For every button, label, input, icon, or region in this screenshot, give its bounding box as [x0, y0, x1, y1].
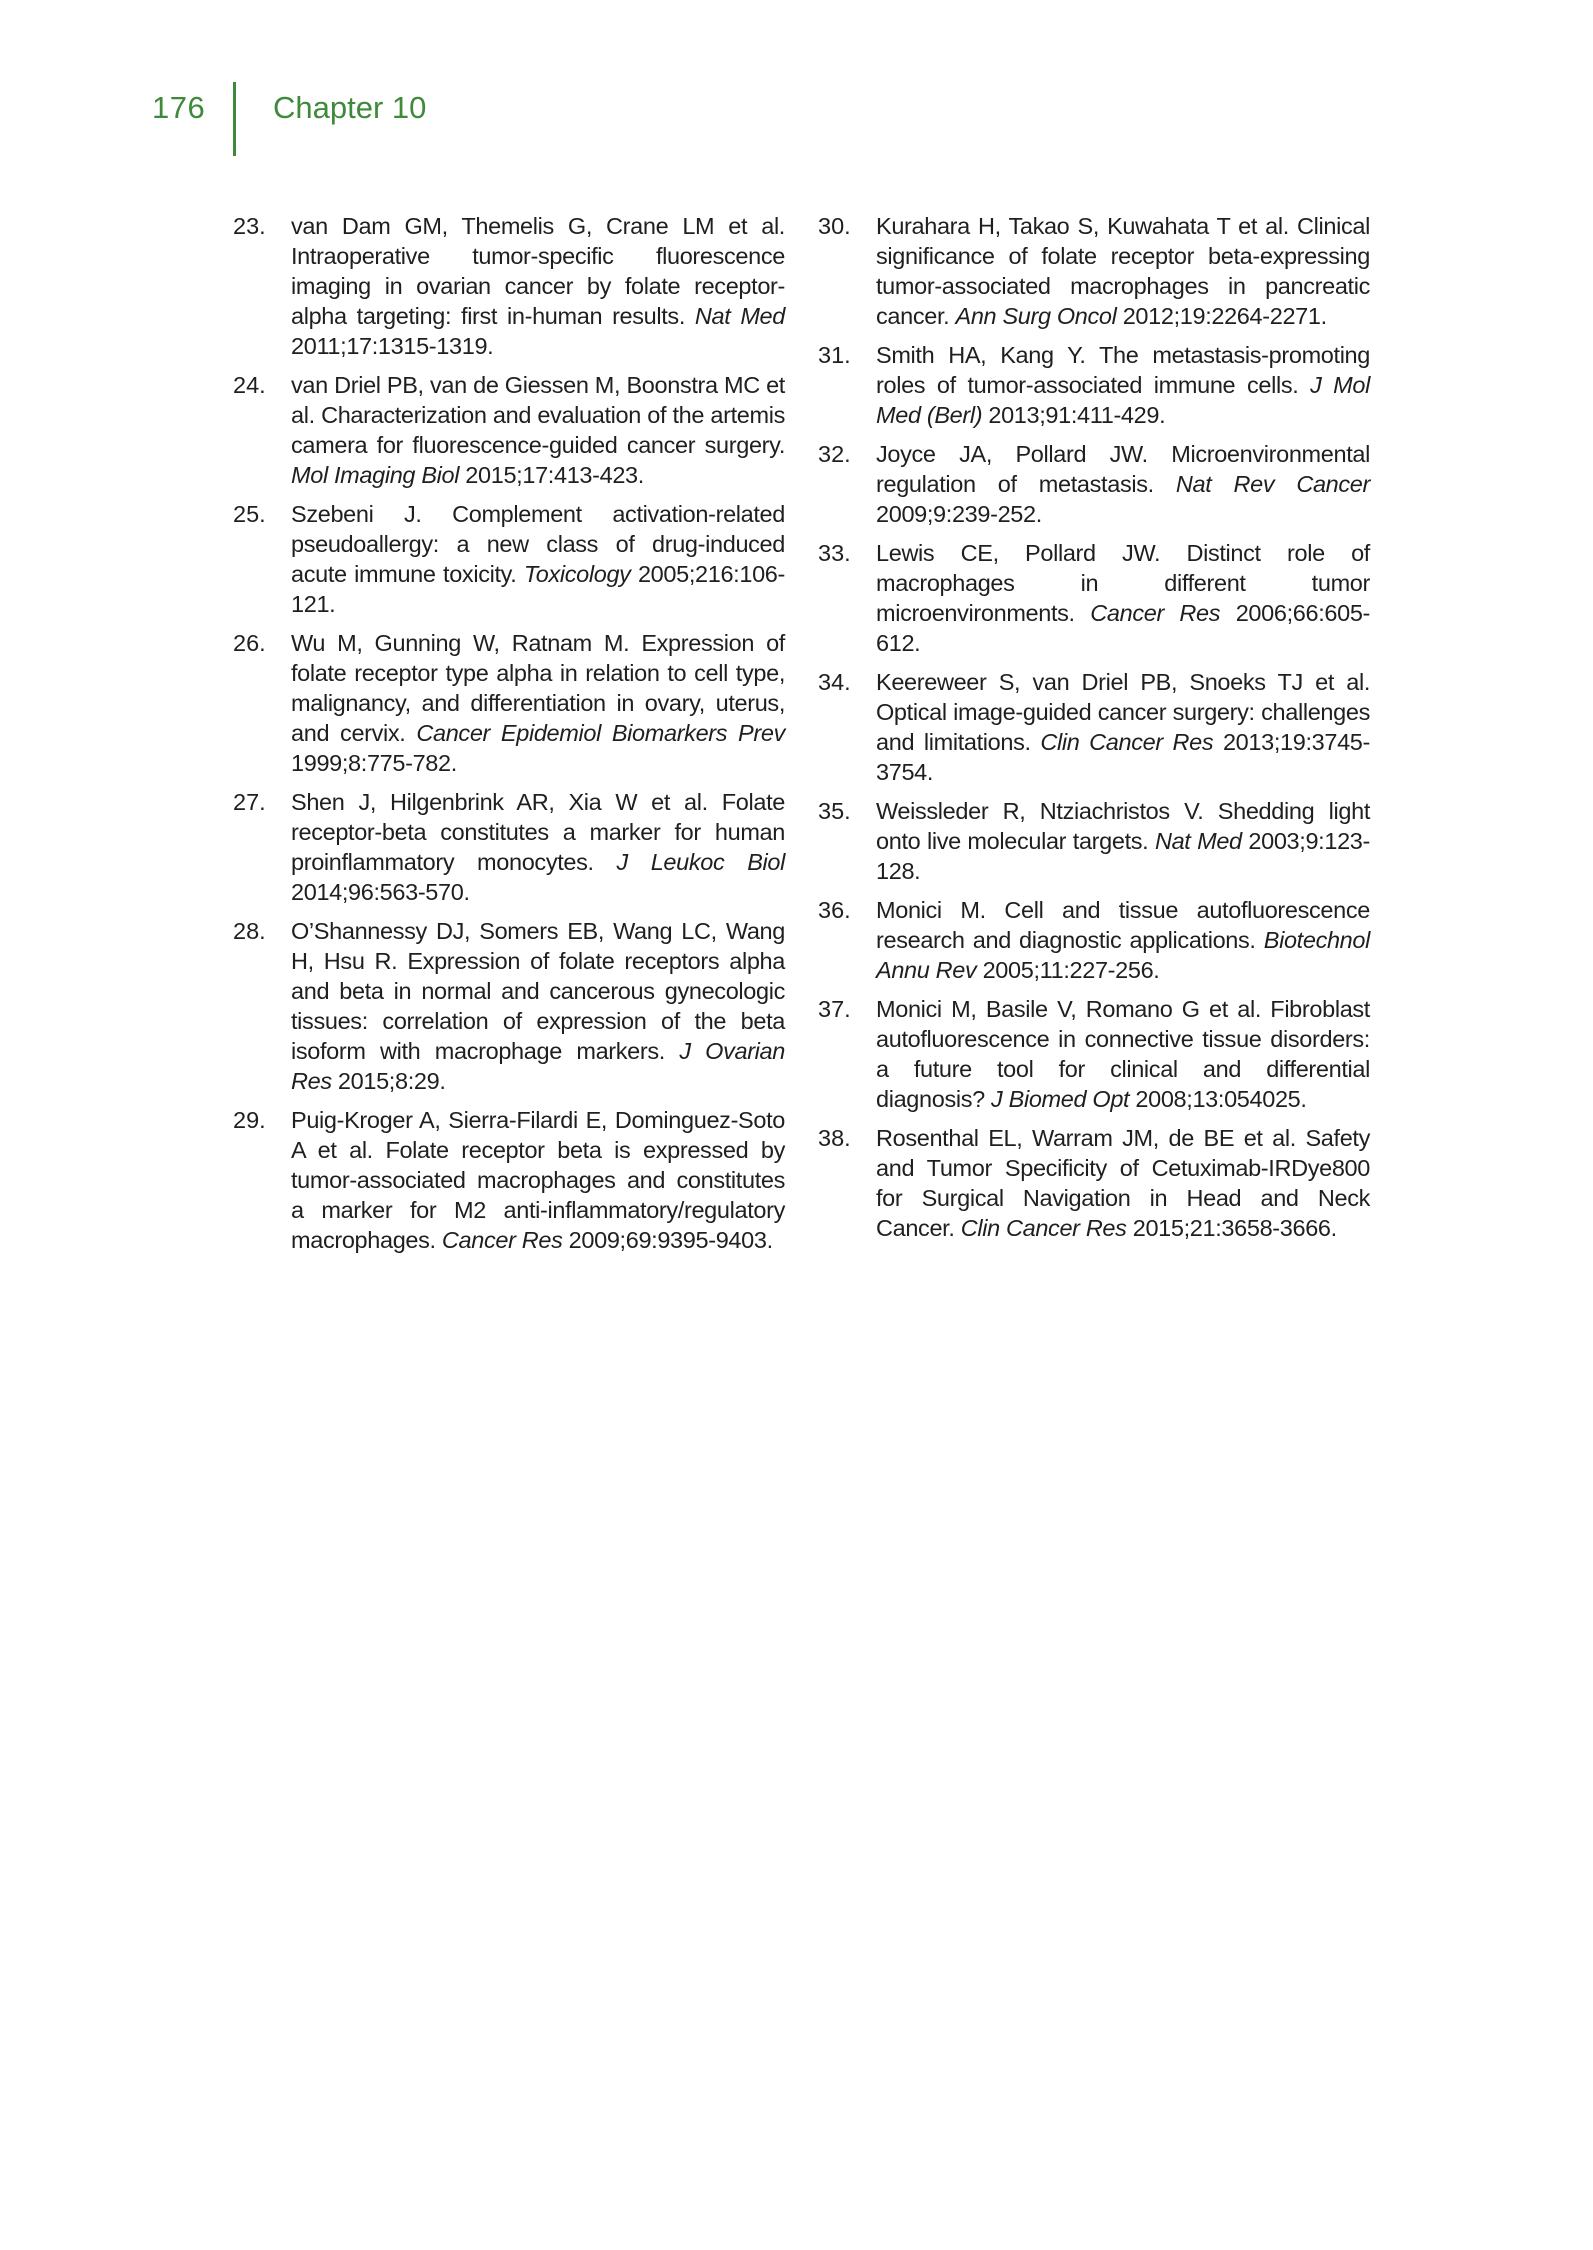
reference-text: Monici M, Basile V, Romano G et al. Fibr…: [876, 994, 1370, 1114]
reference-item: 34.Keereweer S, van Driel PB, Snoeks TJ …: [818, 667, 1370, 787]
reference-text: Rosenthal EL, Warram JM, de BE et al. Sa…: [876, 1123, 1370, 1243]
reference-item: 30.Kurahara H, Takao S, Kuwahata T et al…: [818, 211, 1370, 331]
reference-number: 36.: [818, 895, 876, 985]
journal-name: J Leukoc Biol: [617, 849, 785, 875]
journal-name: Cancer Res: [442, 1227, 563, 1253]
reference-number: 30.: [818, 211, 876, 331]
reference-text: Wu M, Gunning W, Ratnam M. Expression of…: [291, 628, 785, 778]
reference-item: 31.Smith HA, Kang Y. The metastasis-prom…: [818, 340, 1370, 430]
reference-number: 38.: [818, 1123, 876, 1243]
references-left-column: 23.van Dam GM, Themelis G, Crane LM et a…: [233, 211, 785, 1264]
reference-number: 27.: [233, 787, 291, 907]
reference-number: 37.: [818, 994, 876, 1114]
reference-text: Smith HA, Kang Y. The metastasis-promoti…: [876, 340, 1370, 430]
references-right-column: 30.Kurahara H, Takao S, Kuwahata T et al…: [818, 211, 1370, 1252]
page-number: 176: [152, 90, 205, 126]
header-divider: [233, 82, 236, 156]
running-head: 176 Chapter 10: [0, 0, 1593, 170]
reference-number: 32.: [818, 439, 876, 529]
reference-number: 28.: [233, 916, 291, 1096]
reference-text: Weissleder R, Ntziachristos V. Shedding …: [876, 796, 1370, 886]
reference-text: Lewis CE, Pollard JW. Distinct role of m…: [876, 538, 1370, 658]
reference-number: 23.: [233, 211, 291, 361]
reference-item: 38.Rosenthal EL, Warram JM, de BE et al.…: [818, 1123, 1370, 1243]
reference-text: Shen J, Hilgenbrink AR, Xia W et al. Fol…: [291, 787, 785, 907]
reference-number: 29.: [233, 1105, 291, 1255]
reference-text: Monici M. Cell and tissue autofluorescen…: [876, 895, 1370, 985]
journal-name: Nat Med: [695, 303, 785, 329]
journal-name: Toxicology: [524, 561, 631, 587]
reference-number: 33.: [818, 538, 876, 658]
reference-item: 35.Weissleder R, Ntziachristos V. Sheddi…: [818, 796, 1370, 886]
journal-name: Clin Cancer Res: [1040, 729, 1213, 755]
reference-item: 26.Wu M, Gunning W, Ratnam M. Expression…: [233, 628, 785, 778]
journal-name: J Biomed Opt: [991, 1086, 1129, 1112]
reference-number: 24.: [233, 370, 291, 490]
reference-item: 24.van Driel PB, van de Giessen M, Boons…: [233, 370, 785, 490]
journal-name: Clin Cancer Res: [961, 1215, 1127, 1241]
reference-number: 26.: [233, 628, 291, 778]
journal-name: Nat Rev Cancer: [1176, 471, 1370, 497]
journal-name: Nat Med: [1155, 828, 1242, 854]
reference-item: 27.Shen J, Hilgenbrink AR, Xia W et al. …: [233, 787, 785, 907]
journal-name: Cancer Res: [1090, 600, 1220, 626]
journal-name: Cancer Epidemiol Biomarkers Prev: [416, 720, 785, 746]
reference-item: 37.Monici M, Basile V, Romano G et al. F…: [818, 994, 1370, 1114]
reference-number: 25.: [233, 499, 291, 619]
reference-text: O’Shannessy DJ, Somers EB, Wang LC, Wang…: [291, 916, 785, 1096]
reference-item: 33.Lewis CE, Pollard JW. Distinct role o…: [818, 538, 1370, 658]
reference-number: 35.: [818, 796, 876, 886]
reference-text: Puig-Kroger A, Sierra-Filardi E, Domingu…: [291, 1105, 785, 1255]
reference-item: 29.Puig-Kroger A, Sierra-Filardi E, Domi…: [233, 1105, 785, 1255]
journal-name: Mol Imaging Biol: [291, 462, 459, 488]
reference-number: 34.: [818, 667, 876, 787]
chapter-title: Chapter 10: [273, 90, 426, 126]
reference-item: 36.Monici M. Cell and tissue autofluores…: [818, 895, 1370, 985]
reference-text: Joyce JA, Pollard JW. Microenvironmental…: [876, 439, 1370, 529]
reference-item: 25.Szebeni J. Complement activation-rela…: [233, 499, 785, 619]
reference-text: van Driel PB, van de Giessen M, Boonstra…: [291, 370, 785, 490]
reference-text: van Dam GM, Themelis G, Crane LM et al. …: [291, 211, 785, 361]
reference-item: 32.Joyce JA, Pollard JW. Microenvironmen…: [818, 439, 1370, 529]
reference-item: 23.van Dam GM, Themelis G, Crane LM et a…: [233, 211, 785, 361]
reference-text: Szebeni J. Complement activation-related…: [291, 499, 785, 619]
reference-text: Kurahara H, Takao S, Kuwahata T et al. C…: [876, 211, 1370, 331]
journal-name: Ann Surg Oncol: [956, 303, 1117, 329]
reference-number: 31.: [818, 340, 876, 430]
reference-item: 28.O’Shannessy DJ, Somers EB, Wang LC, W…: [233, 916, 785, 1096]
reference-text: Keereweer S, van Driel PB, Snoeks TJ et …: [876, 667, 1370, 787]
